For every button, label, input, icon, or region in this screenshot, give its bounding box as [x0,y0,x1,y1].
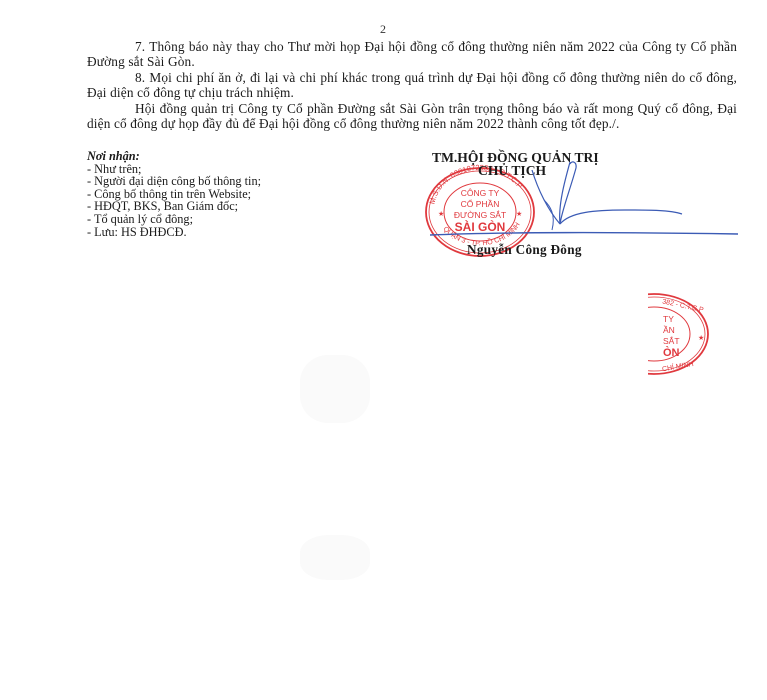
signer-name: Nguyễn Công Đông [467,242,582,258]
svg-text:ÒN: ÒN [663,346,680,359]
paragraph-text: Hội đồng quản trị Công ty Cổ phần Đường … [87,101,737,131]
closing-paragraph: Hội đồng quản trị Công ty Cổ phần Đường … [87,101,737,131]
paragraph-number: 8. [135,70,145,85]
svg-text:SẮT: SẮT [663,336,680,346]
document-page: 2 7. Thông báo này thay cho Thư mời họp … [0,0,767,700]
page-number: 2 [380,22,386,37]
scan-smudge [300,355,370,423]
paragraph-text: Mọi chi phí ăn ở, đi lại và chi phí khác… [87,70,737,100]
paragraph-number: 7. [135,39,145,54]
paragraph-7: 7. Thông báo này thay cho Thư mời họp Đạ… [87,39,737,69]
handwritten-signature-icon [420,150,750,250]
svg-text:★: ★ [698,334,704,342]
partial-seal-icon: 382 - C.T.C.P CHÍ MINH ★ TY ẦN SẮT ÒN [610,290,720,380]
recipient-item: - Người đại diện công bố thông tin; [87,175,261,188]
scan-smudge [300,535,370,580]
svg-text:CHÍ MINH: CHÍ MINH [661,359,694,373]
paragraph-text: Thông báo này thay cho Thư mời họp Đại h… [87,39,737,69]
svg-text:ẦN: ẦN [663,325,675,335]
recipients-title: Nơi nhận: [87,150,261,163]
recipient-item: - Tổ quản lý cổ đông; [87,213,261,226]
paragraph-8: 8. Mọi chi phí ăn ở, đi lại và chi phí k… [87,70,737,100]
recipient-item: - Lưu: HS ĐHĐCĐ. [87,226,261,239]
recipients-list: Nơi nhận: - Như trên; - Người đại diện c… [87,150,261,238]
svg-text:TY: TY [663,314,674,324]
